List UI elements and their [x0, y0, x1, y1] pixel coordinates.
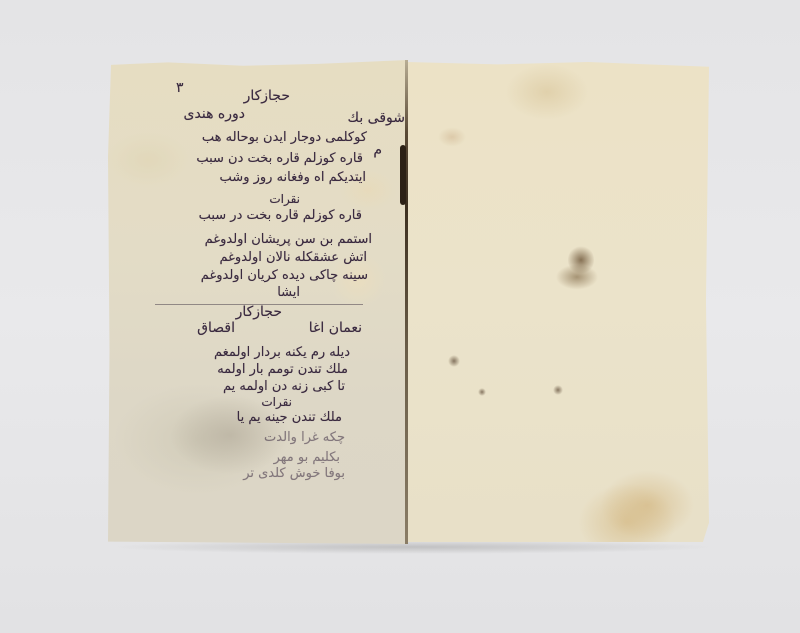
stain-small-spot	[448, 355, 460, 367]
binding-thread	[400, 145, 406, 205]
margin-mark: م	[373, 142, 382, 158]
verse-line: ملك تندن تومم بار اولمه	[217, 362, 348, 377]
stain-small-spot	[553, 385, 563, 395]
verse-line: بوفا خوش کلدی تر	[243, 466, 345, 481]
verse-line: اتش عشقکله نالان اولدوغم	[219, 250, 367, 265]
verse-line: تا کبی زنه دن اولمه یم	[223, 379, 345, 394]
stain-small-spot	[478, 388, 486, 396]
refrain-line: ملك تندن جینه یم یا	[237, 410, 342, 425]
refrain-label: نقرات	[261, 395, 292, 409]
refrain-label: نقرات	[269, 192, 300, 206]
right-page	[407, 62, 709, 542]
stain-water-mark	[600, 470, 695, 540]
usul-name-2: اقصاق	[197, 320, 235, 336]
verse-line: سینه چاکی دیده کریان اولدوغم	[201, 268, 368, 283]
verse-line: استمم بن سن پریشان اولدوغم	[205, 232, 372, 247]
page-number: ٣	[176, 80, 184, 96]
makam-heading-1: حجازکار	[244, 88, 290, 104]
verse-line: ایتدیکم اه وفغانه روز وشب	[220, 170, 366, 185]
verse-line: بکلیم بو مهر	[274, 450, 340, 465]
verse-line: کوکلمی دوجار ایدن بوحاله هب	[202, 130, 367, 145]
stain-dark-spot	[568, 245, 594, 275]
composer-name-1: شوقی بك	[348, 110, 405, 126]
verse-line: چکه غرا والدت	[264, 430, 345, 445]
usul-name-1: دوره هندی	[184, 106, 245, 122]
verse-line: ایشا	[277, 285, 300, 300]
verse-line: دیله رم یکنه بردار اولمغم	[214, 345, 350, 360]
book-spine	[405, 60, 408, 544]
composer-name-2: نعمان اغا	[309, 320, 362, 336]
makam-heading-2: حجازکار	[236, 304, 282, 320]
refrain-line: قاره کوزلم قاره بخت در سبب	[199, 208, 362, 223]
verse-line: قاره کوزلم قاره بخت دن سبب	[196, 151, 363, 166]
